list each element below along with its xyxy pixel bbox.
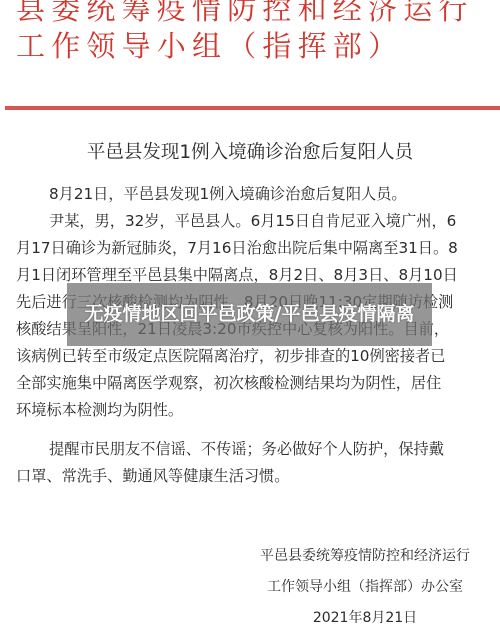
letterhead-line-1: 县委统筹疫情防控和经济运行 [16,0,500,28]
signature-date: 2021年8月21日 [235,603,495,633]
body-line: 环境标本检测均为阴性。 [16,397,183,424]
letterhead-line-2: 工作领导小组（指挥部） [16,28,500,65]
body-line: 8月21日，平邑县发现1例入境确诊治愈后复阳人员。 [49,181,407,208]
body-line: 口罩、常洗手、勤通风等健康生活习惯。 [16,463,289,490]
notice-document-image: 县委统筹疫情防控和经济运行 工作领导小组（指挥部） 平邑县发现1例入境确诊治愈后… [0,0,500,633]
red-letterhead: 县委统筹疫情防控和经济运行 工作领导小组（指挥部） [16,0,500,65]
body-line: 该病例已转至市级定点医院隔离治疗，初步排查的10例密接者已 [16,343,445,370]
notice-title: 平邑县发现1例入境确诊治愈后复阳人员 [0,141,500,165]
body-line: 尹某，男，32岁，平邑县人。6月15日自肯尼亚入境广州，6 [49,208,456,235]
signature-block: 平邑县委统筹疫情防控和经济运行 工作领导小组（指挥部）办公室 2021年8月21… [235,541,495,633]
red-divider [5,106,500,110]
body-line: 月17日确诊为新冠肺炎，7月16日治愈出院后集中隔离至31日。8 [16,235,458,262]
caption-text[interactable]: 无疫情地区回平邑政策/平邑县疫情隔离 [85,303,415,326]
caption-overlay[interactable]: 无疫情地区回平邑政策/平邑县疫情隔离 [67,283,432,346]
signature-org-line-1: 平邑县委统筹疫情防控和经济运行 [235,541,495,572]
body-line: 全部实施集中隔离医学观察，初次核酸检测结果均为阴性，居住 [16,370,441,397]
signature-org-line-2: 工作领导小组（指挥部）办公室 [235,572,495,603]
body-line: 提醒市民朋友不信谣、不传谣；务必做好个人防护，保持戴 [49,436,444,463]
